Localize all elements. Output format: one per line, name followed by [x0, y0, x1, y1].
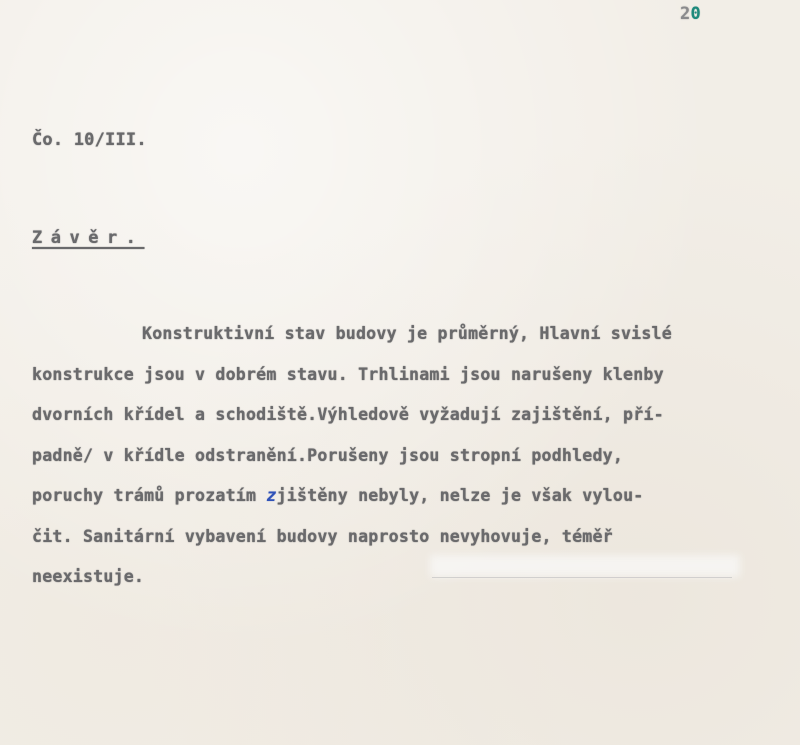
faint-rule: [432, 577, 732, 578]
handwritten-correction: z: [266, 486, 276, 505]
section-heading: Závěr.: [32, 228, 144, 248]
reference-number: Čo. 10/III.: [32, 130, 147, 150]
paragraph-line: čit. Sanitární vybavení budovy naprosto …: [32, 517, 800, 558]
line-text: jištěny nebyly, nelze je však vylou-: [277, 486, 644, 505]
line-text: poruchy trámů prozatím: [32, 486, 266, 505]
page-number-printed: 2: [680, 4, 690, 24]
erasure-smudge: [430, 555, 740, 577]
page-number-handwritten: 0: [690, 4, 700, 24]
paragraph-line: konstrukce jsou v dobrém stavu. Trhlinam…: [32, 355, 800, 396]
document-page: 20 Čo. 10/III. Závěr. Konstruktivní stav…: [0, 0, 800, 745]
paragraph-line: dvorních křídel a schodiště.Výhledově vy…: [32, 395, 800, 436]
paragraph-line: Konstruktivní stav budovy je průměrný, H…: [32, 314, 800, 355]
page-number: 20: [680, 4, 701, 24]
paragraph-line: poruchy trámů prozatím zjištěny nebyly, …: [32, 476, 800, 517]
paragraph-line: padně/ v křídle odstranění.Porušeny jsou…: [32, 436, 800, 477]
